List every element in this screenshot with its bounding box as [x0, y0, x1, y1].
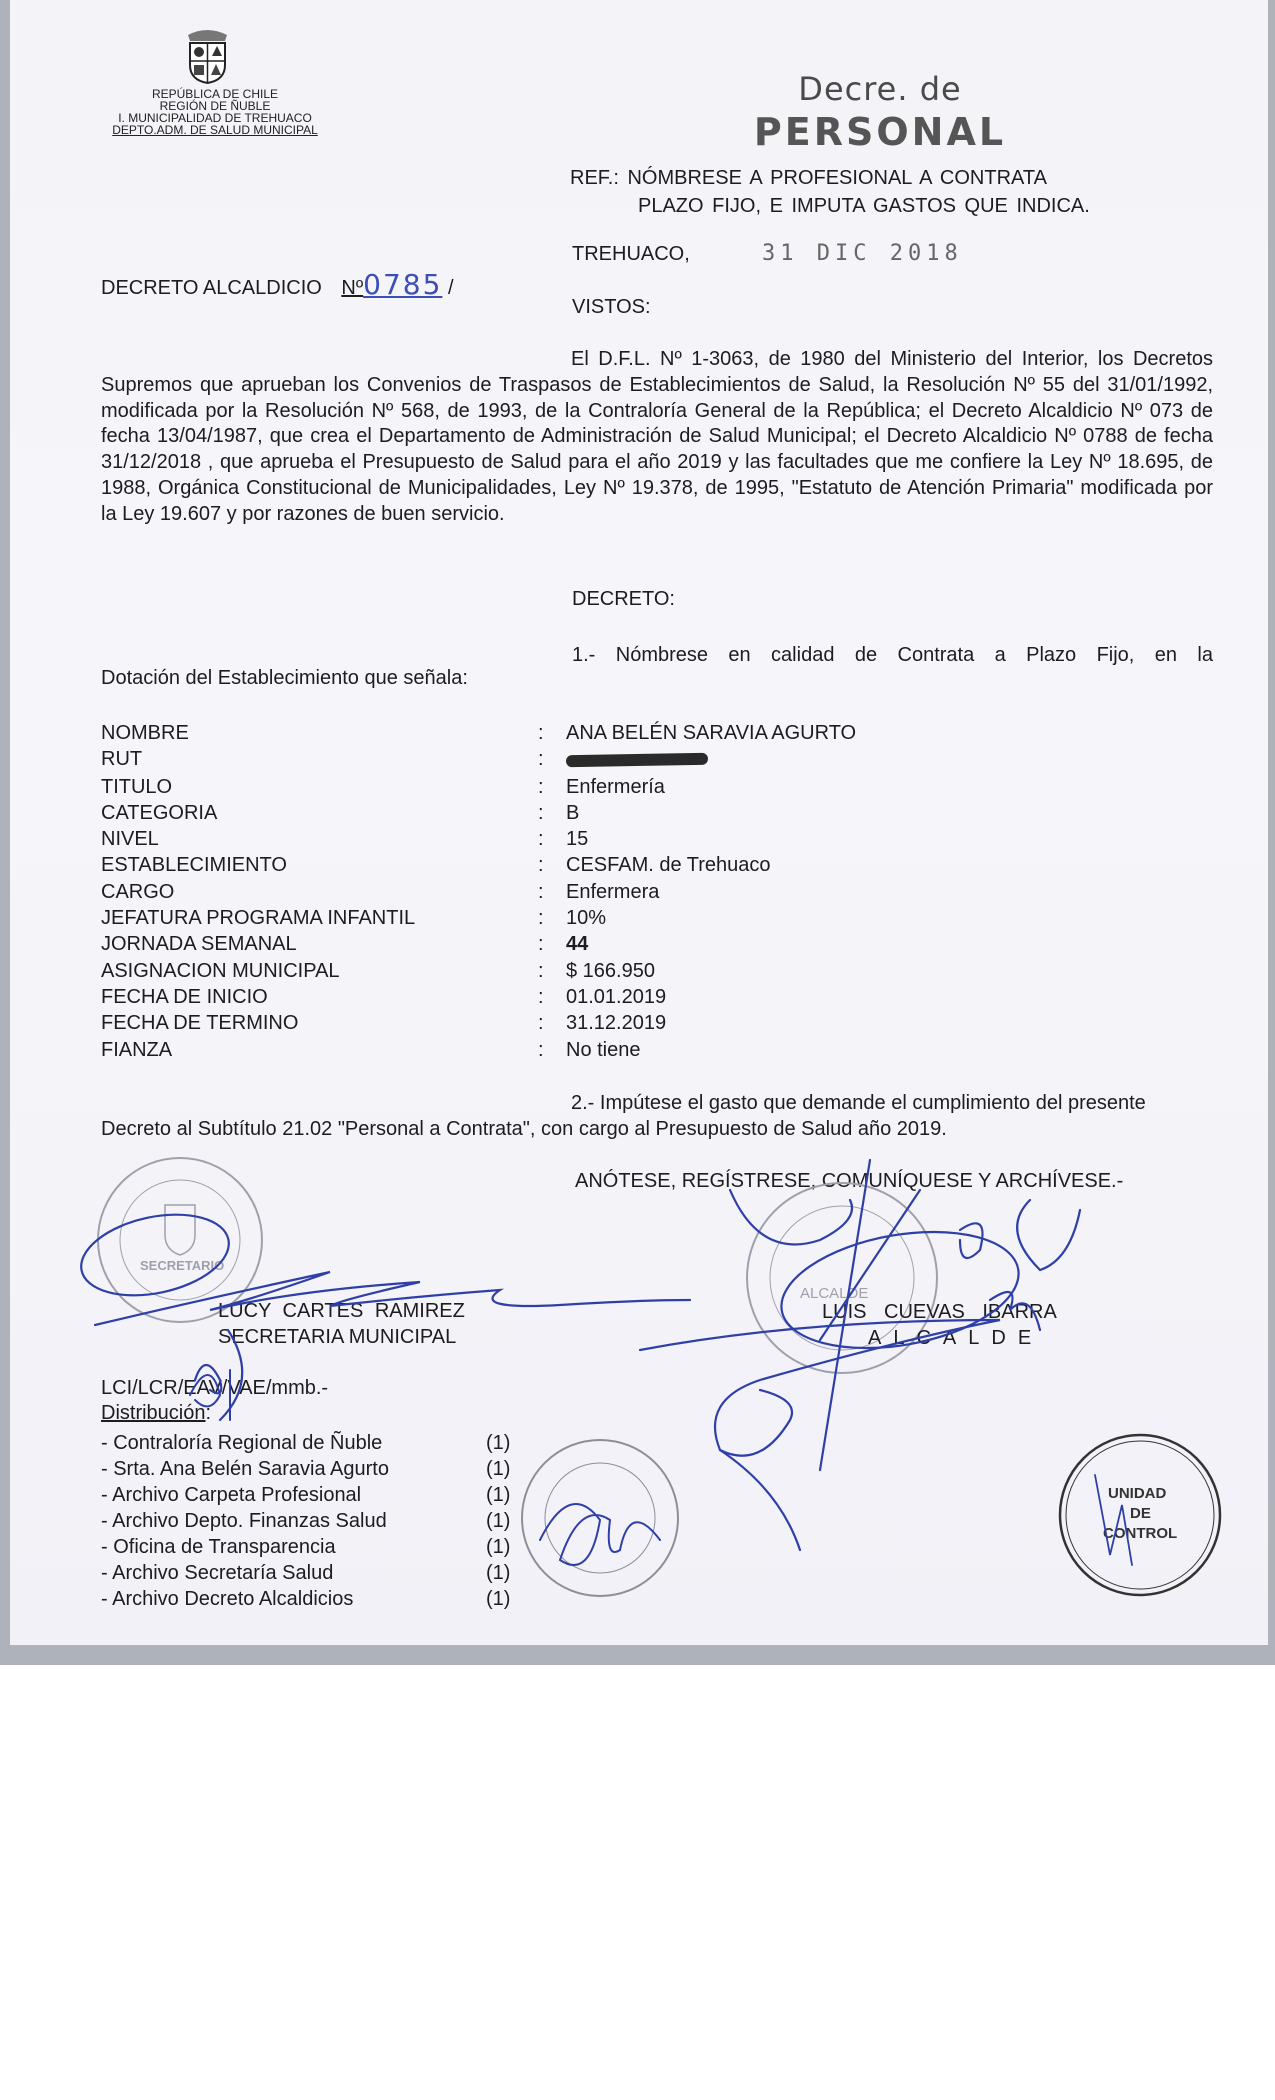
detail-row: CATEGORIA:B — [101, 800, 856, 826]
distribution-item: - Oficina de Transparencia(1) — [101, 1534, 510, 1560]
municipal-crest-icon — [180, 25, 235, 85]
detail-row: NOMBRE:ANA BELÉN SARAVIA AGURTO — [101, 720, 856, 746]
detail-value: No tiene — [566, 1037, 641, 1063]
distribution-copies: (1) — [486, 1534, 510, 1560]
vistos-text: El D.F.L. Nº 1-3063, de 1980 del Ministe… — [101, 348, 1213, 525]
document-type-stamp-line2: PERSONAL — [720, 110, 1040, 154]
detail-label: NOMBRE — [101, 720, 538, 746]
detail-row: FECHA DE INICIO:01.01.2019 — [101, 984, 856, 1010]
detail-colon: : — [538, 1037, 566, 1063]
detail-label: TITULO — [101, 774, 538, 800]
distribution-copies: (1) — [486, 1508, 510, 1534]
reference-line: PLAZO FIJO, E IMPUTA GASTOS QUE INDICA. — [570, 192, 1090, 220]
reference-block: REF.: NÓMBRESE A PROFESIONAL A CONTRATA … — [570, 164, 1090, 220]
detail-row: RUT: — [101, 746, 856, 773]
detail-row: JORNADA SEMANAL:44 — [101, 931, 856, 957]
secretary-signature-block: LUCY CARTES RAMIREZ SECRETARIA MUNICIPAL — [218, 1298, 465, 1350]
distribution-heading: Distribución: — [101, 1402, 211, 1425]
detail-colon: : — [538, 879, 566, 905]
detail-label: RUT — [101, 746, 538, 773]
detail-value: B — [566, 800, 579, 826]
detail-label: FIANZA — [101, 1037, 538, 1063]
detail-colon: : — [538, 984, 566, 1010]
issuer-line: DEPTO.ADM. DE SALUD MUNICIPAL — [90, 124, 340, 136]
decree-number-line: DECRETO ALCALDICIO Nº0785 / — [101, 268, 454, 301]
detail-row: TITULO:Enfermería — [101, 774, 856, 800]
detail-colon: : — [538, 905, 566, 931]
distribution-copies: (1) — [486, 1482, 510, 1508]
closing-formula: ANÓTESE, REGÍSTRESE, COMUNÍQUESE Y ARCHÍ… — [575, 1170, 1123, 1193]
decree-label: DECRETO ALCALDICIO — [101, 277, 322, 299]
detail-value: 01.01.2019 — [566, 984, 666, 1010]
secretary-title: SECRETARIA MUNICIPAL — [218, 1324, 465, 1350]
distribution-item: - Contraloría Regional de Ñuble(1) — [101, 1430, 510, 1456]
distribution-recipient: - Contraloría Regional de Ñuble — [101, 1430, 486, 1456]
distribution-recipient: - Oficina de Transparencia — [101, 1534, 486, 1560]
detail-row: CARGO:Enfermera — [101, 879, 856, 905]
appointment-details: NOMBRE:ANA BELÉN SARAVIA AGURTORUT:TITUL… — [101, 720, 856, 1063]
decree-number: 0785 — [363, 268, 442, 301]
mayor-title: ALCALDE — [822, 1325, 1057, 1351]
detail-row: FIANZA:No tiene — [101, 1037, 856, 1063]
distribution-recipient: - Archivo Carpeta Profesional — [101, 1482, 486, 1508]
detail-label: JEFATURA PROGRAMA INFANTIL — [101, 905, 538, 931]
document-type-stamp-line1: Decre. de — [740, 70, 1020, 108]
detail-label: ASIGNACION MUNICIPAL — [101, 958, 538, 984]
distribution-copies: (1) — [486, 1586, 510, 1612]
place: TREHUACO, — [572, 243, 690, 266]
detail-value: CESFAM. de Trehuaco — [566, 852, 771, 878]
article-1-line2: Dotación del Establecimiento que señala: — [101, 667, 468, 690]
decree-slash: / — [442, 277, 453, 299]
detail-row: NIVEL:15 — [101, 826, 856, 852]
detail-value: $ 166.950 — [566, 958, 655, 984]
detail-label: FECHA DE TERMINO — [101, 1010, 538, 1036]
distribution-recipient: - Archivo Secretaría Salud — [101, 1560, 486, 1586]
vistos-heading: VISTOS: — [572, 296, 651, 319]
distribution-item: - Srta. Ana Belén Saravia Agurto(1) — [101, 1456, 510, 1482]
reference-line: REF.: NÓMBRESE A PROFESIONAL A CONTRATA — [570, 164, 1090, 192]
detail-label: JORNADA SEMANAL — [101, 931, 538, 957]
mayor-name: LUIS CUEVAS IBARRA — [822, 1299, 1057, 1325]
issuer-block: REPÚBLICA DE CHILE REGIÓN DE ÑUBLE I. MU… — [90, 88, 340, 136]
detail-label: CARGO — [101, 879, 538, 905]
decree-no-label: Nº — [341, 277, 363, 299]
decreto-heading: DECRETO: — [572, 588, 675, 611]
distribution-copies: (1) — [486, 1456, 510, 1482]
detail-value: ANA BELÉN SARAVIA AGURTO — [566, 720, 856, 746]
detail-row: FECHA DE TERMINO:31.12.2019 — [101, 1010, 856, 1036]
detail-value: Enfermera — [566, 879, 659, 905]
detail-row: JEFATURA PROGRAMA INFANTIL:10% — [101, 905, 856, 931]
detail-label: ESTABLECIMIENTO — [101, 852, 538, 878]
article-2-text: 2.- Impútese el gasto que demande el cum… — [101, 1092, 1146, 1140]
detail-value: 44 — [566, 931, 588, 957]
detail-value: Enfermería — [566, 774, 665, 800]
detail-colon: : — [538, 1010, 566, 1036]
distribution-title: Distribución — [101, 1402, 205, 1424]
redaction-mark — [566, 753, 708, 767]
distribution-recipient: - Archivo Depto. Finanzas Salud — [101, 1508, 486, 1534]
detail-value: 15 — [566, 826, 588, 852]
detail-colon: : — [538, 774, 566, 800]
mayor-signature-block: LUIS CUEVAS IBARRA ALCALDE — [822, 1299, 1057, 1351]
distribution-recipient: - Srta. Ana Belén Saravia Agurto — [101, 1456, 486, 1482]
article-1-line1: 1.- Nómbrese en calidad de Contrata a Pl… — [572, 644, 1213, 667]
distribution-recipient: - Archivo Decreto Alcaldicios — [101, 1586, 486, 1612]
detail-colon: : — [538, 826, 566, 852]
detail-label: FECHA DE INICIO — [101, 984, 538, 1010]
detail-colon: : — [538, 720, 566, 746]
initials: LCI/LCR/EAV/VAE/mmb.- — [101, 1377, 328, 1400]
distribution-item: - Archivo Decreto Alcaldicios(1) — [101, 1586, 510, 1612]
vistos-paragraph: El D.F.L. Nº 1-3063, de 1980 del Ministe… — [101, 347, 1213, 528]
detail-label: NIVEL — [101, 826, 538, 852]
detail-value: 10% — [566, 905, 606, 931]
detail-colon: : — [538, 852, 566, 878]
detail-label: CATEGORIA — [101, 800, 538, 826]
distribution-item: - Archivo Depto. Finanzas Salud(1) — [101, 1508, 510, 1534]
distribution-list: - Contraloría Regional de Ñuble(1)- Srta… — [101, 1430, 510, 1612]
detail-colon: : — [538, 958, 566, 984]
detail-colon: : — [538, 931, 566, 957]
distribution-copies: (1) — [486, 1560, 510, 1586]
detail-value: 31.12.2019 — [566, 1010, 666, 1036]
detail-row: ASIGNACION MUNICIPAL:$ 166.950 — [101, 958, 856, 984]
detail-colon: : — [538, 800, 566, 826]
redacted-value — [566, 746, 708, 773]
article-2-paragraph: 2.- Impútese el gasto que demande el cum… — [101, 1090, 1213, 1142]
secretary-name: LUCY CARTES RAMIREZ — [218, 1298, 465, 1324]
distribution-item: - Archivo Carpeta Profesional(1) — [101, 1482, 510, 1508]
distribution-copies: (1) — [486, 1430, 510, 1456]
distribution-item: - Archivo Secretaría Salud(1) — [101, 1560, 510, 1586]
date-stamp: 31 DIC 2018 — [762, 241, 963, 266]
detail-row: ESTABLECIMIENTO:CESFAM. de Trehuaco — [101, 852, 856, 878]
detail-colon: : — [538, 746, 566, 773]
distribution-colon: : — [205, 1402, 211, 1425]
